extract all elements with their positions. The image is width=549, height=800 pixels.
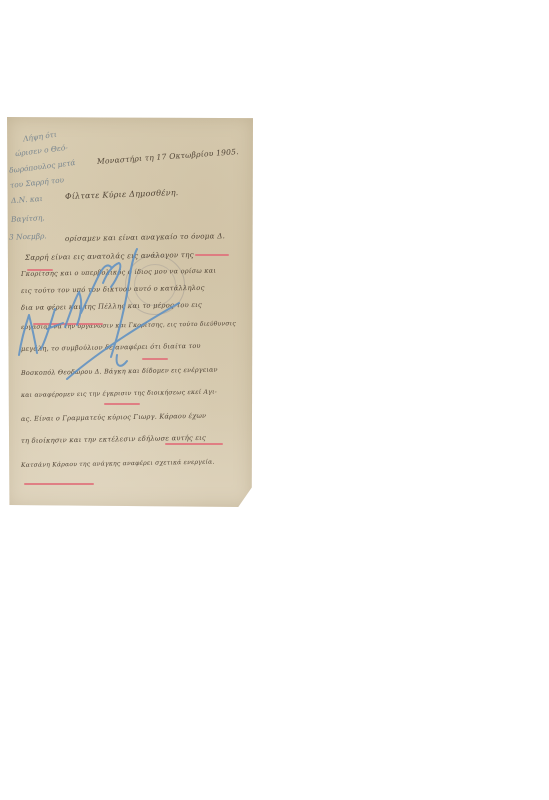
body-line-7: μεγάλη, το συμβούλιον δε αναφέρει ότι δι… xyxy=(21,342,201,353)
margin-note-line-4: του Σαρρή του xyxy=(10,175,65,190)
body-line-12: Κατσάνη Κάραου της ανάγκης αναφέρει σχετ… xyxy=(21,459,215,469)
blue-pencil-signature-icon xyxy=(7,117,253,507)
margin-note-line-3: δωρόπουλος μετά xyxy=(9,158,76,175)
red-underline xyxy=(104,403,140,405)
margin-note-line-2: ώρισεν ο Θεό- xyxy=(15,143,69,158)
body-line-9: και αναφέρομεν εις την έγκρισιν της διοι… xyxy=(21,389,217,399)
red-underline xyxy=(195,254,229,256)
body-line-1: ορίσαμεν και είναι αναγκαίο το όνομα Δ. xyxy=(65,231,225,243)
red-underline xyxy=(24,483,94,485)
red-underline xyxy=(27,269,53,271)
red-underline xyxy=(142,358,168,360)
date-line: Μοναστήρι τη 17 Οκτωβρίου 1905. xyxy=(97,147,239,166)
letter-paper: Λήψη ότι ώρισεν ο Θεό- δωρόπουλος μετά τ… xyxy=(7,117,253,507)
margin-note-line-7: 3 Νοεμβρ. xyxy=(9,231,47,241)
red-underline xyxy=(165,443,223,445)
salutation: Φίλτατε Κύριε Δημοσθένη. xyxy=(65,188,179,201)
body-line-8: Βοσκοπόλ Θεοδώρου Δ. Βάγκη και δίδομεν ε… xyxy=(21,366,218,377)
margin-note-line-5: Δ.Ν. και xyxy=(11,194,43,205)
body-line-10: ας. Είναι ο Γραμματεύς κύριος Γιωργ. Κάρ… xyxy=(21,412,206,423)
body-line-5: δια να φέρει και της Πέλλης και το μέρος… xyxy=(21,301,202,312)
margin-note-line-6: Βαγίτση, xyxy=(11,213,45,224)
red-underline xyxy=(33,323,103,325)
margin-note-line-1: Λήψη ότι xyxy=(23,130,58,144)
body-line-6: εργασίαν να την οργάνωσιν και Γκορίτσης,… xyxy=(21,320,236,331)
